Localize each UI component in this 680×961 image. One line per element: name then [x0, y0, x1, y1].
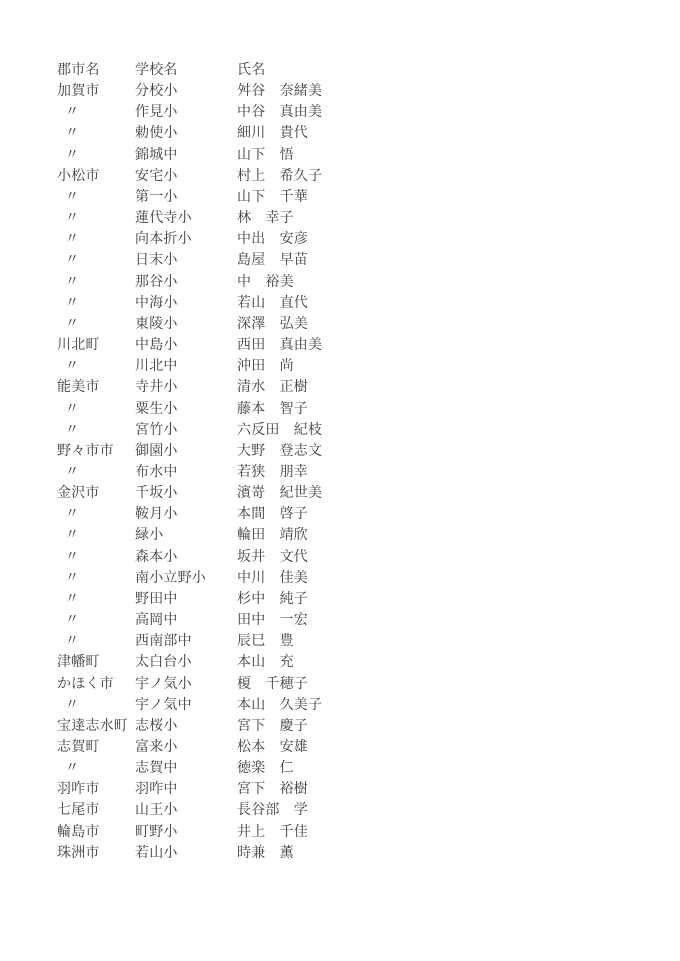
city-cell: 〃 [57, 208, 135, 229]
table-row: 輪島市 町野小 井上 千佳 [57, 822, 660, 843]
school-cell: 町野小 [135, 822, 237, 843]
school-cell: 安宅小 [135, 166, 237, 187]
table-row: 羽咋市 羽咋中 宮下 裕樹 [57, 779, 660, 800]
school-cell: 日末小 [135, 250, 237, 271]
name-cell: 沖田 尚 [237, 356, 660, 377]
table-row: 〃 作見小 中谷 真由美 [57, 102, 660, 123]
table-row: 〃 向本折小 中出 安彦 [57, 229, 660, 250]
name-cell: 坂井 文代 [237, 547, 660, 568]
table-body: 加賀市 分校小 舛谷 奈緒美 〃 作見小 中谷 真由美 〃 勅使小 細川 貴代 … [57, 81, 660, 864]
city-cell: 〃 [57, 504, 135, 525]
city-cell: 〃 [57, 610, 135, 631]
school-cell: 志賀中 [135, 758, 237, 779]
school-cell: 粟生小 [135, 399, 237, 420]
school-cell: 野田中 [135, 589, 237, 610]
name-cell: 辰巳 豊 [237, 631, 660, 652]
name-cell: 松本 安雄 [237, 737, 660, 758]
school-cell: 御園小 [135, 441, 237, 462]
city-cell: 〃 [57, 102, 135, 123]
name-cell: 山下 悟 [237, 145, 660, 166]
school-cell: 若山小 [135, 843, 237, 864]
city-cell: 〃 [57, 145, 135, 166]
name-cell: 村上 希久子 [237, 166, 660, 187]
city-cell: 〃 [57, 589, 135, 610]
name-cell: 舛谷 奈緒美 [237, 81, 660, 102]
name-cell: 本間 啓子 [237, 504, 660, 525]
table-row: 〃 錦城中 山下 悟 [57, 145, 660, 166]
city-cell: 〃 [57, 187, 135, 208]
school-cell: 第一小 [135, 187, 237, 208]
school-cell: 高岡中 [135, 610, 237, 631]
table-row: 野々市市 御園小 大野 登志文 [57, 441, 660, 462]
city-cell: 〃 [57, 695, 135, 716]
city-cell: 志賀町 [57, 737, 135, 758]
school-cell: 作見小 [135, 102, 237, 123]
table-row: 〃 野田中 杉中 純子 [57, 589, 660, 610]
school-cell: 錦城中 [135, 145, 237, 166]
table-row: 小松市 安宅小 村上 希久子 [57, 166, 660, 187]
school-cell: 鞍月小 [135, 504, 237, 525]
city-cell: 〃 [57, 547, 135, 568]
school-cell: 山王小 [135, 800, 237, 821]
table-row: 〃 高岡中 田中 一宏 [57, 610, 660, 631]
school-cell: 中海小 [135, 293, 237, 314]
city-cell: 七尾市 [57, 800, 135, 821]
city-cell: 〃 [57, 250, 135, 271]
table-row: 〃 森本小 坂井 文代 [57, 547, 660, 568]
city-cell: 津幡町 [57, 652, 135, 673]
school-cell: 宇ノ気小 [135, 674, 237, 695]
table-row: 〃 南小立野小 中川 佳美 [57, 568, 660, 589]
name-cell: 杉中 純子 [237, 589, 660, 610]
table-row: 〃 布水中 若狭 朋幸 [57, 462, 660, 483]
name-cell: 時兼 薫 [237, 843, 660, 864]
table-row: 川北町 中島小 西田 真由美 [57, 335, 660, 356]
school-cell: 森本小 [135, 547, 237, 568]
name-cell: 長谷部 学 [237, 800, 660, 821]
name-cell: 徳楽 仁 [237, 758, 660, 779]
table-row: 〃 中海小 若山 直代 [57, 293, 660, 314]
table-row: 〃 那谷小 中 裕美 [57, 272, 660, 293]
name-cell: 島屋 早苗 [237, 250, 660, 271]
city-cell: 〃 [57, 399, 135, 420]
name-cell: 深澤 弘美 [237, 314, 660, 335]
roster-table: 郡市名 学校名 氏名 加賀市 分校小 舛谷 奈緒美 〃 作見小 中谷 真由美 〃… [57, 60, 660, 864]
city-cell: 〃 [57, 314, 135, 335]
city-cell: 〃 [57, 420, 135, 441]
table-row: 津幡町 太白台小 本山 充 [57, 652, 660, 673]
city-cell: 〃 [57, 123, 135, 144]
name-cell: 若狭 朋幸 [237, 462, 660, 483]
table-row: 〃 緑小 輪田 靖欣 [57, 525, 660, 546]
page: 郡市名 学校名 氏名 加賀市 分校小 舛谷 奈緒美 〃 作見小 中谷 真由美 〃… [0, 0, 680, 961]
school-cell: 勅使小 [135, 123, 237, 144]
table-row: 〃 川北中 沖田 尚 [57, 356, 660, 377]
name-cell: 本山 充 [237, 652, 660, 673]
city-cell: 金沢市 [57, 483, 135, 504]
city-cell: 野々市市 [57, 441, 135, 462]
school-cell: 向本折小 [135, 229, 237, 250]
city-cell: 〃 [57, 568, 135, 589]
name-cell: 宮下 慶子 [237, 716, 660, 737]
name-cell: 林 幸子 [237, 208, 660, 229]
table-row: 加賀市 分校小 舛谷 奈緒美 [57, 81, 660, 102]
name-cell: 井上 千佳 [237, 822, 660, 843]
name-cell: 宮下 裕樹 [237, 779, 660, 800]
school-cell: 中島小 [135, 335, 237, 356]
name-cell: 中川 佳美 [237, 568, 660, 589]
table-row: 〃 第一小 山下 千華 [57, 187, 660, 208]
table-row: 〃 粟生小 藤本 智子 [57, 399, 660, 420]
city-cell: 加賀市 [57, 81, 135, 102]
school-cell: 西南部中 [135, 631, 237, 652]
name-cell: 西田 真由美 [237, 335, 660, 356]
city-cell: 能美市 [57, 377, 135, 398]
table-row: 〃 日末小 島屋 早苗 [57, 250, 660, 271]
school-cell: 緑小 [135, 525, 237, 546]
city-cell: 宝達志水町 [57, 716, 135, 737]
table-row: 〃 宇ノ気中 本山 久美子 [57, 695, 660, 716]
school-cell: 寺井小 [135, 377, 237, 398]
name-cell: 藤本 智子 [237, 399, 660, 420]
table-row: 宝達志水町 志桜小 宮下 慶子 [57, 716, 660, 737]
city-cell: 〃 [57, 229, 135, 250]
table-row: 珠洲市 若山小 時兼 薫 [57, 843, 660, 864]
school-cell: 太白台小 [135, 652, 237, 673]
school-cell: 千坂小 [135, 483, 237, 504]
school-cell: 富来小 [135, 737, 237, 758]
city-cell: 羽咋市 [57, 779, 135, 800]
name-cell: 細川 貴代 [237, 123, 660, 144]
school-cell: 羽咋中 [135, 779, 237, 800]
city-cell: 〃 [57, 356, 135, 377]
school-cell: 宮竹小 [135, 420, 237, 441]
name-cell: 若山 直代 [237, 293, 660, 314]
table-row: 能美市 寺井小 清水 正樹 [57, 377, 660, 398]
city-cell: 小松市 [57, 166, 135, 187]
table-row: かほく市 宇ノ気小 榎 千穂子 [57, 674, 660, 695]
name-cell: 田中 一宏 [237, 610, 660, 631]
name-cell: 榎 千穂子 [237, 674, 660, 695]
city-cell: 輪島市 [57, 822, 135, 843]
school-cell: 東陵小 [135, 314, 237, 335]
school-cell: 蓮代寺小 [135, 208, 237, 229]
school-cell: 志桜小 [135, 716, 237, 737]
school-cell: 南小立野小 [135, 568, 237, 589]
table-row: 志賀町 富来小 松本 安雄 [57, 737, 660, 758]
table-row: 〃 勅使小 細川 貴代 [57, 123, 660, 144]
name-cell: 中谷 真由美 [237, 102, 660, 123]
table-row: 〃 鞍月小 本間 啓子 [57, 504, 660, 525]
school-cell: 川北中 [135, 356, 237, 377]
column-header-name: 氏名 [237, 60, 660, 81]
city-cell: 〃 [57, 462, 135, 483]
name-cell: 清水 正樹 [237, 377, 660, 398]
table-row: 〃 志賀中 徳楽 仁 [57, 758, 660, 779]
school-cell: 分校小 [135, 81, 237, 102]
name-cell: 輪田 靖欣 [237, 525, 660, 546]
table-row: 〃 蓮代寺小 林 幸子 [57, 208, 660, 229]
name-cell: 六反田 紀枝 [237, 420, 660, 441]
city-cell: 〃 [57, 758, 135, 779]
name-cell: 濱嵜 紀世美 [237, 483, 660, 504]
table-row: 〃 宮竹小 六反田 紀枝 [57, 420, 660, 441]
city-cell: 珠洲市 [57, 843, 135, 864]
name-cell: 大野 登志文 [237, 441, 660, 462]
city-cell: かほく市 [57, 674, 135, 695]
header-row: 郡市名 学校名 氏名 [57, 60, 660, 81]
school-cell: 布水中 [135, 462, 237, 483]
name-cell: 中 裕美 [237, 272, 660, 293]
name-cell: 中出 安彦 [237, 229, 660, 250]
column-header-school: 学校名 [135, 60, 237, 81]
table-row: 〃 西南部中 辰巳 豊 [57, 631, 660, 652]
city-cell: 〃 [57, 525, 135, 546]
table-row: 〃 東陵小 深澤 弘美 [57, 314, 660, 335]
school-cell: 那谷小 [135, 272, 237, 293]
name-cell: 山下 千華 [237, 187, 660, 208]
city-cell: 〃 [57, 272, 135, 293]
table-row: 七尾市 山王小 長谷部 学 [57, 800, 660, 821]
name-cell: 本山 久美子 [237, 695, 660, 716]
table-row: 金沢市 千坂小 濱嵜 紀世美 [57, 483, 660, 504]
column-header-city: 郡市名 [57, 60, 135, 81]
city-cell: 川北町 [57, 335, 135, 356]
city-cell: 〃 [57, 631, 135, 652]
school-cell: 宇ノ気中 [135, 695, 237, 716]
city-cell: 〃 [57, 293, 135, 314]
